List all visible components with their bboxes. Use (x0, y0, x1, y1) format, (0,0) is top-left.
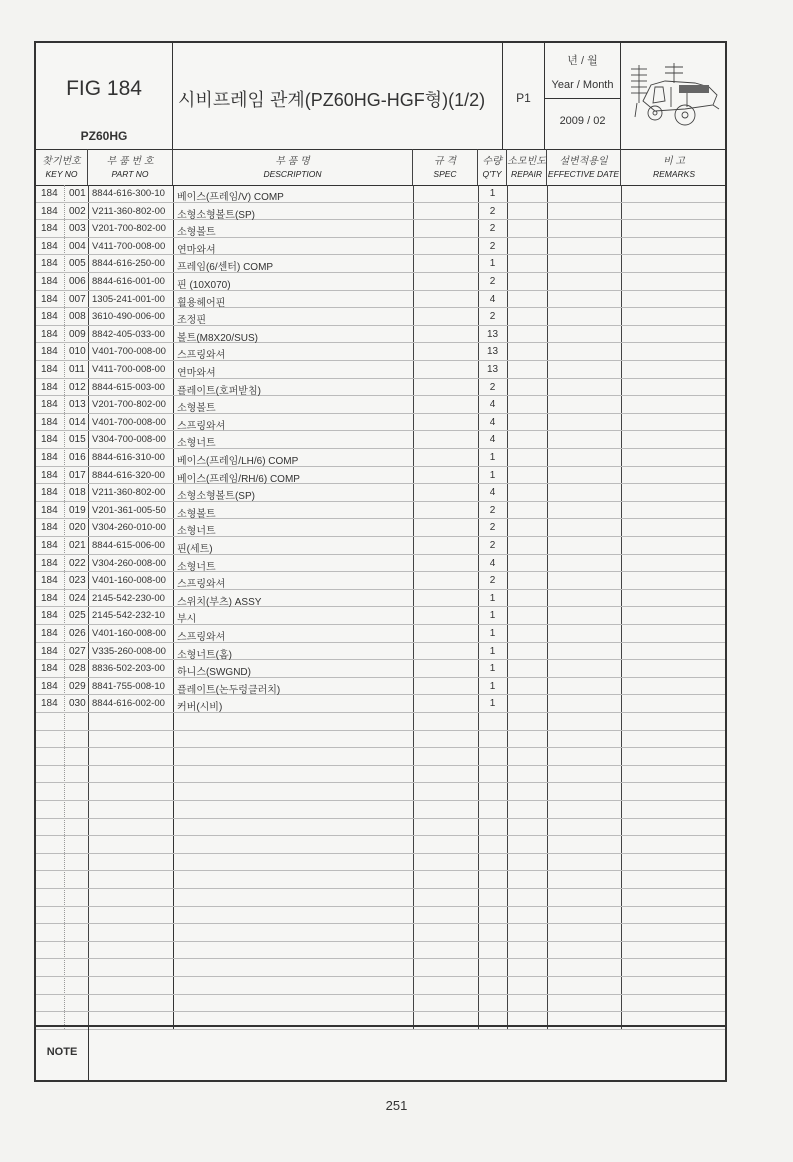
key-number: 025 (69, 610, 86, 621)
key-number: 011 (69, 364, 85, 375)
date-cell: 년 / 월 Year / Month 2009 / 02 (545, 43, 621, 149)
key-number: 016 (69, 452, 86, 463)
part-number: 2145-542-230-00 (92, 593, 165, 604)
figure-ref: 184 (41, 294, 58, 305)
table-row: 184011V411-700-008-00연마와셔13 (36, 361, 725, 379)
col-part-no-eng: PART NO (88, 169, 172, 179)
table-row: 1840068844-616-001-00핀 (10X070)2 (36, 273, 725, 291)
quantity: 2 (478, 505, 507, 516)
part-number: 8844-616-320-00 (92, 470, 165, 481)
col-key-no: 찾기번호 KEY NO (36, 149, 88, 185)
table-row: 184019V201-361-005-50소형볼트2 (36, 502, 725, 520)
key-number: 010 (69, 346, 86, 357)
description: 소형너트 (177, 558, 216, 573)
quantity: 1 (478, 593, 507, 604)
figure-ref: 184 (41, 522, 58, 533)
key-number: 029 (69, 681, 86, 692)
description: 스프링와셔 (177, 417, 225, 432)
part-number: 8844-615-003-00 (92, 382, 165, 393)
quantity: 4 (478, 417, 507, 428)
figure-ref: 184 (41, 593, 58, 604)
description: 스프링와셔 (177, 575, 225, 590)
table-row: 184023V401-160-008-00스프링와셔2 (36, 572, 725, 590)
key-number: 002 (69, 206, 86, 217)
col-part-no: 부 품 번 호 PART NO (88, 149, 173, 185)
table-row: 1840128844-615-003-00플레이트(호퍼받침)2 (36, 379, 725, 397)
description: 스위치(부츠) ASSY (177, 593, 261, 608)
quantity: 2 (478, 540, 507, 551)
table-row: 1840058844-616-250-00프레임(6/센터) COMP1 (36, 255, 725, 273)
part-number: V411-700-008-00 (92, 241, 165, 252)
table-row: 184014V401-700-008-00스프링와셔4 (36, 414, 725, 432)
parts-table-body: 1840018844-616-300-10베이스(프레임/V) COMP1184… (36, 185, 725, 1029)
figure-ref: 184 (41, 698, 58, 709)
quantity: 2 (478, 522, 507, 533)
part-number: V335-260-008-00 (92, 646, 166, 657)
table-row (36, 713, 725, 731)
quantity: 1 (478, 646, 507, 657)
table-row: 184003V201-700-802-00소형볼트2 (36, 220, 725, 238)
figure-ref: 184 (41, 417, 58, 428)
part-number: 8841-755-008-10 (92, 681, 165, 692)
description: 베이스(프레임/V) COMP (177, 188, 284, 203)
table-row (36, 854, 725, 872)
quantity: 2 (478, 223, 507, 234)
quantity: 4 (478, 487, 507, 498)
sheet-title: 시비프레임 관계(PZ60HG-HGF형)(1/2) (178, 86, 485, 112)
note-section: NOTE (36, 1025, 725, 1080)
col-qty-kor: 수량 (478, 152, 506, 166)
description: 스프링와셔 (177, 628, 225, 643)
part-number: V304-260-010-00 (92, 522, 166, 533)
part-number: 3610-490-006-00 (92, 311, 165, 322)
col-spec-kor: 규 격 (413, 152, 477, 166)
quantity: 1 (478, 452, 507, 463)
part-number: 8844-615-006-00 (92, 540, 165, 551)
figure-number: FIG 184 (36, 77, 172, 101)
col-effective-date: 설변적용일 EFFECTIVE DATE (547, 149, 621, 185)
description: 스프링와셔 (177, 346, 225, 361)
table-row: 1840252145-542-232-10부시1 (36, 607, 725, 625)
key-number: 012 (69, 382, 86, 393)
table-row (36, 942, 725, 960)
quantity: 13 (478, 329, 507, 340)
figure-ref: 184 (41, 241, 58, 252)
description: 플레이트(호퍼받침) (177, 382, 261, 397)
part-number: V401-700-008-00 (92, 417, 166, 428)
part-number: V211-360-802-00 (92, 487, 165, 498)
description: 소형볼트 (177, 223, 216, 238)
col-description: 부 품 명 DESCRIPTION (173, 149, 413, 185)
quantity: 1 (478, 663, 507, 674)
key-number: 007 (69, 294, 86, 305)
description: 조정핀 (177, 311, 206, 326)
table-row (36, 801, 725, 819)
figure-ref: 184 (41, 558, 58, 569)
figure-ref: 184 (41, 223, 58, 234)
figure-ref: 184 (41, 188, 58, 199)
part-number: 8844-616-300-10 (92, 188, 165, 199)
part-number: V411-700-008-00 (92, 364, 165, 375)
figure-ref: 184 (41, 540, 58, 551)
table-row (36, 959, 725, 977)
date-label-korean: 년 / 월 (545, 52, 620, 68)
key-number: 017 (69, 470, 86, 481)
key-number: 019 (69, 505, 86, 516)
part-number: V211-360-802-00 (92, 206, 165, 217)
part-number: 8844-616-250-00 (92, 258, 165, 269)
table-row: 184015V304-700-008-00소형너트4 (36, 431, 725, 449)
key-number: 018 (69, 487, 86, 498)
table-row (36, 819, 725, 837)
table-row (36, 977, 725, 995)
table-row (36, 924, 725, 942)
key-number: 009 (69, 329, 86, 340)
figure-ref: 184 (41, 258, 58, 269)
table-row: 184027V335-260-008-00소형너트(홈)1 (36, 643, 725, 661)
table-row (36, 766, 725, 784)
figure-cell: FIG 184 PZ60HG (36, 43, 173, 149)
description: 하니스(SWGND) (177, 663, 251, 678)
key-number: 013 (69, 399, 86, 410)
quantity: 1 (478, 610, 507, 621)
table-row: 1840288836-502-203-00하니스(SWGND)1 (36, 660, 725, 678)
table-row: 1840218844-615-006-00핀(세트)2 (36, 537, 725, 555)
quantity: 1 (478, 628, 507, 639)
figure-ref: 184 (41, 575, 58, 586)
figure-ref: 184 (41, 346, 58, 357)
illustration-cell (621, 43, 727, 149)
quantity: 1 (478, 681, 507, 692)
col-remarks-kor: 비 고 (621, 152, 727, 166)
col-description-kor: 부 품 명 (173, 152, 412, 166)
part-number: V401-160-008-00 (92, 575, 166, 586)
date-label-box: 년 / 월 Year / Month (545, 43, 620, 99)
figure-ref: 184 (41, 276, 58, 287)
key-number: 003 (69, 223, 86, 234)
key-number: 015 (69, 434, 86, 445)
part-number: V304-260-008-00 (92, 558, 166, 569)
col-repair-eng: REPAIR (507, 169, 546, 179)
key-number: 023 (69, 575, 86, 586)
figure-ref: 184 (41, 382, 58, 393)
table-row: 1840018844-616-300-10베이스(프레임/V) COMP1 (36, 185, 725, 203)
quantity: 4 (478, 558, 507, 569)
table-row: 1840242145-542-230-00스위치(부츠) ASSY1 (36, 590, 725, 608)
description: 부시 (177, 610, 196, 625)
col-effective-date-eng: EFFECTIVE DATE (547, 169, 620, 179)
description: 소형볼트 (177, 399, 216, 414)
key-number: 026 (69, 628, 86, 639)
table-row: 1840083610-490-006-00조정핀2 (36, 308, 725, 326)
table-row: 1840178844-616-320-00베이스(프레임/RH/6) COMP1 (36, 467, 725, 485)
table-row: 184020V304-260-010-00소형너트2 (36, 519, 725, 537)
table-row: 184018V211-360-802-00소형소형볼트(SP)4 (36, 484, 725, 502)
figure-ref: 184 (41, 610, 58, 621)
table-row: 184022V304-260-008-00소형너트4 (36, 555, 725, 573)
figure-ref: 184 (41, 487, 58, 498)
table-row: 1840308844-616-002-00커버(시비)1 (36, 695, 725, 713)
note-label: NOTE (36, 1027, 89, 1080)
quantity: 2 (478, 575, 507, 586)
description: 연마와셔 (177, 364, 216, 379)
table-row (36, 995, 725, 1013)
key-number: 028 (69, 663, 86, 674)
col-spec: 규 격 SPEC (413, 149, 478, 185)
key-number: 030 (69, 698, 86, 709)
part-number: 8844-616-001-00 (92, 276, 165, 287)
date-label-english: Year / Month (545, 79, 620, 91)
description: 소형소형볼트(SP) (177, 487, 255, 502)
col-qty-eng: Q'TY (478, 169, 506, 179)
col-remarks-eng: REMARKS (621, 169, 727, 179)
part-number: 2145-542-232-10 (92, 610, 165, 621)
description: 소형볼트 (177, 505, 216, 520)
table-row (36, 889, 725, 907)
sheet-page: P1 (503, 91, 544, 105)
part-number: 8844-616-002-00 (92, 698, 165, 709)
quantity: 4 (478, 294, 507, 305)
table-row (36, 871, 725, 889)
title-cell: 시비프레임 관계(PZ60HG-HGF형)(1/2) (173, 43, 503, 149)
figure-ref: 184 (41, 206, 58, 217)
parts-list-sheet: FIG 184 PZ60HG 시비프레임 관계(PZ60HG-HGF형)(1/2… (34, 41, 727, 1082)
col-effective-date-kor: 설변적용일 (547, 152, 620, 166)
figure-ref: 184 (41, 311, 58, 322)
description: 커버(시비) (177, 698, 222, 713)
col-qty: 수량 Q'TY (478, 149, 507, 185)
key-number: 021 (69, 540, 86, 551)
part-number: 8842-405-033-00 (92, 329, 165, 340)
description: 핀 (10X070) (177, 276, 231, 291)
key-number: 027 (69, 646, 86, 657)
figure-ref: 184 (41, 663, 58, 674)
part-number: V201-361-005-50 (92, 505, 166, 516)
part-number: V304-700-008-00 (92, 434, 166, 445)
rice-transplanter-machine-icon (625, 57, 723, 129)
description: 소형너트 (177, 434, 216, 449)
page-cell: P1 (503, 43, 545, 149)
key-number: 020 (69, 522, 86, 533)
col-part-no-kor: 부 품 번 호 (88, 152, 172, 166)
part-number: 1305-241-001-00 (92, 294, 165, 305)
figure-ref: 184 (41, 681, 58, 692)
key-number: 024 (69, 593, 86, 604)
col-key-no-kor: 찾기번호 (36, 152, 87, 166)
table-row: 184010V401-700-008-00스프링와셔13 (36, 343, 725, 361)
quantity: 13 (478, 364, 507, 375)
description: 소형너트 (177, 522, 216, 537)
table-row: 1840071305-241-001-00휠용헤어핀4 (36, 291, 725, 309)
table-row: 1840098842-405-033-00볼트(M8X20/SUS)13 (36, 326, 725, 344)
quantity: 13 (478, 346, 507, 357)
quantity: 2 (478, 276, 507, 287)
part-number: V201-700-802-00 (92, 223, 166, 234)
col-spec-eng: SPEC (413, 169, 477, 179)
sheet-header: FIG 184 PZ60HG 시비프레임 관계(PZ60HG-HGF형)(1/2… (36, 43, 725, 150)
figure-ref: 184 (41, 628, 58, 639)
quantity: 4 (478, 399, 507, 410)
table-row (36, 907, 725, 925)
table-row (36, 731, 725, 749)
quantity: 4 (478, 434, 507, 445)
key-number: 001 (69, 188, 86, 199)
table-row: 184004V411-700-008-00연마와셔2 (36, 238, 725, 256)
figure-ref: 184 (41, 470, 58, 481)
figure-ref: 184 (41, 505, 58, 516)
key-number: 014 (69, 417, 86, 428)
key-number: 004 (69, 241, 86, 252)
col-repair-kor: 소모빈도 (507, 152, 546, 166)
quantity: 1 (478, 698, 507, 709)
date-value: 2009 / 02 (545, 115, 620, 127)
description: 소형소형볼트(SP) (177, 206, 255, 221)
quantity: 2 (478, 382, 507, 393)
key-number: 022 (69, 558, 86, 569)
figure-ref: 184 (41, 452, 58, 463)
part-number: V401-160-008-00 (92, 628, 166, 639)
table-row: 1840168844-616-310-00베이스(프레임/LH/6) COMP1 (36, 449, 725, 467)
table-row: 184002V211-360-802-00소형소형볼트(SP)2 (36, 203, 725, 221)
col-repair: 소모빈도 REPAIR (507, 149, 547, 185)
description: 핀(세트) (177, 540, 213, 555)
figure-ref: 184 (41, 646, 58, 657)
description: 플레이트(논두렁클러치) (177, 681, 280, 696)
part-number: 8836-502-203-00 (92, 663, 165, 674)
description: 베이스(프레임/RH/6) COMP (177, 470, 300, 485)
description: 베이스(프레임/LH/6) COMP (177, 452, 298, 467)
model-name: PZ60HG (36, 129, 172, 143)
table-row (36, 748, 725, 766)
table-row: 184013V201-700-802-00소형볼트4 (36, 396, 725, 414)
table-row (36, 836, 725, 854)
column-header-row: 찾기번호 KEY NO 부 품 번 호 PART NO 부 품 명 DESCRI… (36, 149, 725, 186)
figure-ref: 184 (41, 364, 58, 375)
table-row: 184026V401-160-008-00스프링와셔1 (36, 625, 725, 643)
quantity: 2 (478, 241, 507, 252)
table-row (36, 783, 725, 801)
part-number: V401-700-008-00 (92, 346, 166, 357)
description: 연마와셔 (177, 241, 216, 256)
quantity: 2 (478, 206, 507, 217)
figure-ref: 184 (41, 329, 58, 340)
col-description-eng: DESCRIPTION (173, 169, 412, 179)
key-number: 006 (69, 276, 86, 287)
description: 소형너트(홈) (177, 646, 232, 661)
quantity: 1 (478, 470, 507, 481)
part-number: V201-700-802-00 (92, 399, 166, 410)
col-remarks: 비 고 REMARKS (621, 149, 727, 185)
key-number: 008 (69, 311, 86, 322)
col-key-no-eng: KEY NO (36, 169, 87, 179)
key-number: 005 (69, 258, 86, 269)
page-number: 251 (0, 1098, 793, 1113)
part-number: 8844-616-310-00 (92, 452, 165, 463)
description: 프레임(6/센터) COMP (177, 258, 273, 273)
figure-ref: 184 (41, 399, 58, 410)
description: 볼트(M8X20/SUS) (177, 329, 258, 344)
table-row: 1840298841-755-008-10플레이트(논두렁클러치)1 (36, 678, 725, 696)
quantity: 1 (478, 188, 507, 199)
quantity: 2 (478, 311, 507, 322)
figure-ref: 184 (41, 434, 58, 445)
quantity: 1 (478, 258, 507, 269)
description: 휠용헤어핀 (177, 294, 225, 309)
